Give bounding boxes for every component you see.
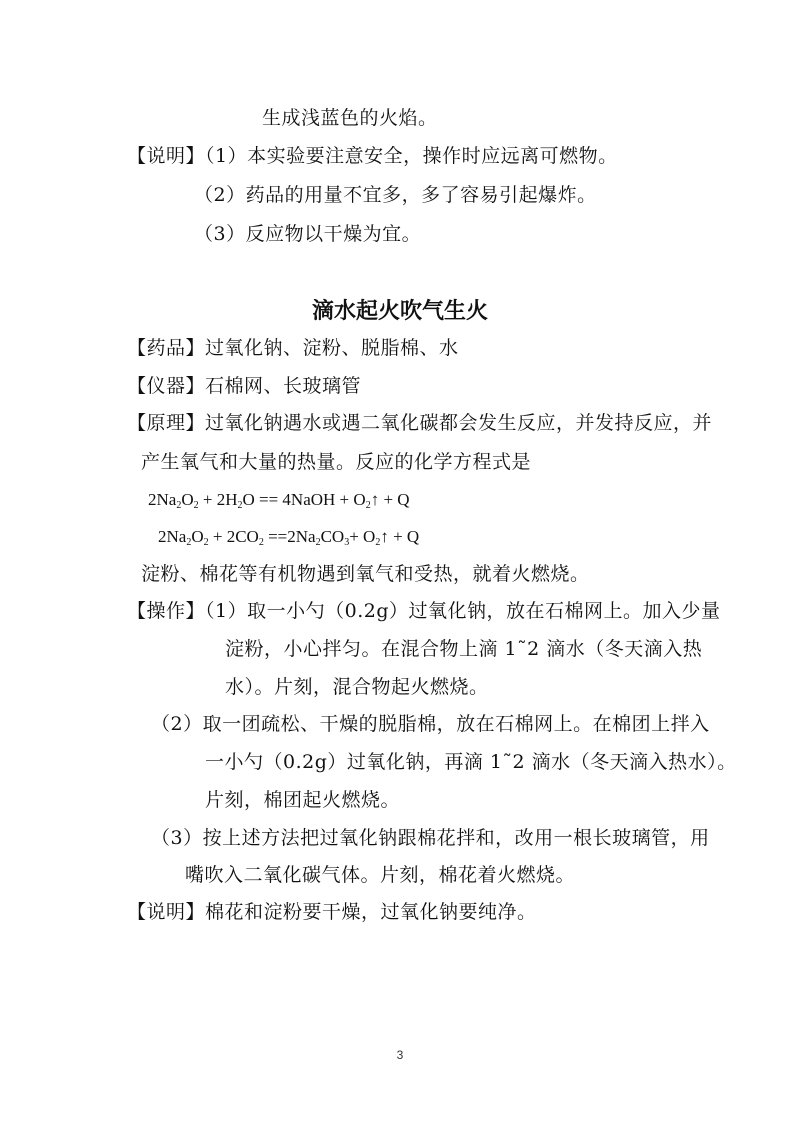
previous-notes-line-1: 【说明】（1）本实验要注意安全，操作时应远离可燃物。 — [127, 144, 618, 168]
notes-label: 【说明】 — [127, 901, 205, 923]
reagents-text: 过氧化钠、淀粉、脱脂棉、水 — [205, 337, 459, 359]
procedure-step-1-line-1: 【操作】（1）取一小勺（0.2g）过氧化钠，放在石棉网上。加入少量 — [127, 599, 720, 623]
reagents-label: 【药品】 — [127, 337, 205, 359]
procedure-step-1-line-3: 水）。片刻，混合物起火燃烧。 — [225, 675, 489, 699]
procedure-step-2-line-1: （2）取一团疏松、干燥的脱脂棉，放在石棉网上。在棉团上拌入 — [151, 712, 710, 736]
apparatus-line: 【仪器】石棉网、长玻璃管 — [127, 374, 361, 398]
section-title: 滴水起火吹气生火 — [0, 294, 800, 325]
procedure-step-3-line-1: （3）按上述方法把过氧化钠跟棉花拌和，改用一根长玻璃管，用 — [151, 826, 710, 850]
apparatus-label: 【仪器】 — [127, 375, 205, 397]
page-number: 3 — [0, 1048, 800, 1062]
principle-conclusion: 淀粉、棉花等有机物遇到氧气和受热，就着火燃烧。 — [141, 562, 590, 586]
principle-label: 【原理】 — [127, 412, 205, 434]
procedure-step-1-line-2: 淀粉，小心拌匀。在混合物上滴 1˜2 滴水（冬天滴入热 — [225, 637, 702, 661]
procedure-step-2-line-2: 一小勺（0.2g）过氧化钠，再滴 1˜2 滴水（冬天滴入热水）。 — [205, 750, 737, 774]
apparatus-text: 石棉网、长玻璃管 — [205, 375, 361, 397]
equation-1: 2Na2O2 + 2H2O == 4NaOH + O2↑ + Q — [148, 488, 410, 518]
notes-line: 【说明】棉花和淀粉要干燥，过氧化钠要纯净。 — [127, 900, 537, 924]
principle-line-2: 产生氧气和大量的热量。反应的化学方程式是 — [141, 450, 531, 474]
principle-text: 过氧化钠遇水或遇二氧化碳都会发生反应，并发持反应，并 — [205, 412, 712, 434]
principle-line-1: 【原理】过氧化钠遇水或遇二氧化碳都会发生反应，并发持反应，并 — [127, 411, 712, 435]
notes-text: 棉花和淀粉要干燥，过氧化钠要纯净。 — [205, 901, 537, 923]
equation-2: 2Na2O2 + 2CO2 ==2Na2CO3+ O2↑ + Q — [158, 525, 419, 555]
previous-continuation: 生成浅蓝色的火焰。 — [262, 106, 438, 130]
procedure-step-3-line-2: 嘴吹入二氧化碳气体。片刻，棉花着火燃烧。 — [185, 863, 575, 887]
notes-label: 【说明】 — [127, 145, 205, 167]
reagents-line: 【药品】过氧化钠、淀粉、脱脂棉、水 — [127, 336, 459, 360]
procedure-step-2-line-3: 片刻，棉团起火燃烧。 — [205, 788, 400, 812]
note-item: （3）反应物以干燥为宜。 — [194, 222, 421, 246]
note-item: （1）本实验要注意安全，操作时应远离可燃物。 — [205, 145, 618, 167]
note-item: （2）药品的用量不宜多，多了容易引起爆炸。 — [194, 183, 597, 207]
procedure-label: 【操作】 — [127, 600, 205, 622]
